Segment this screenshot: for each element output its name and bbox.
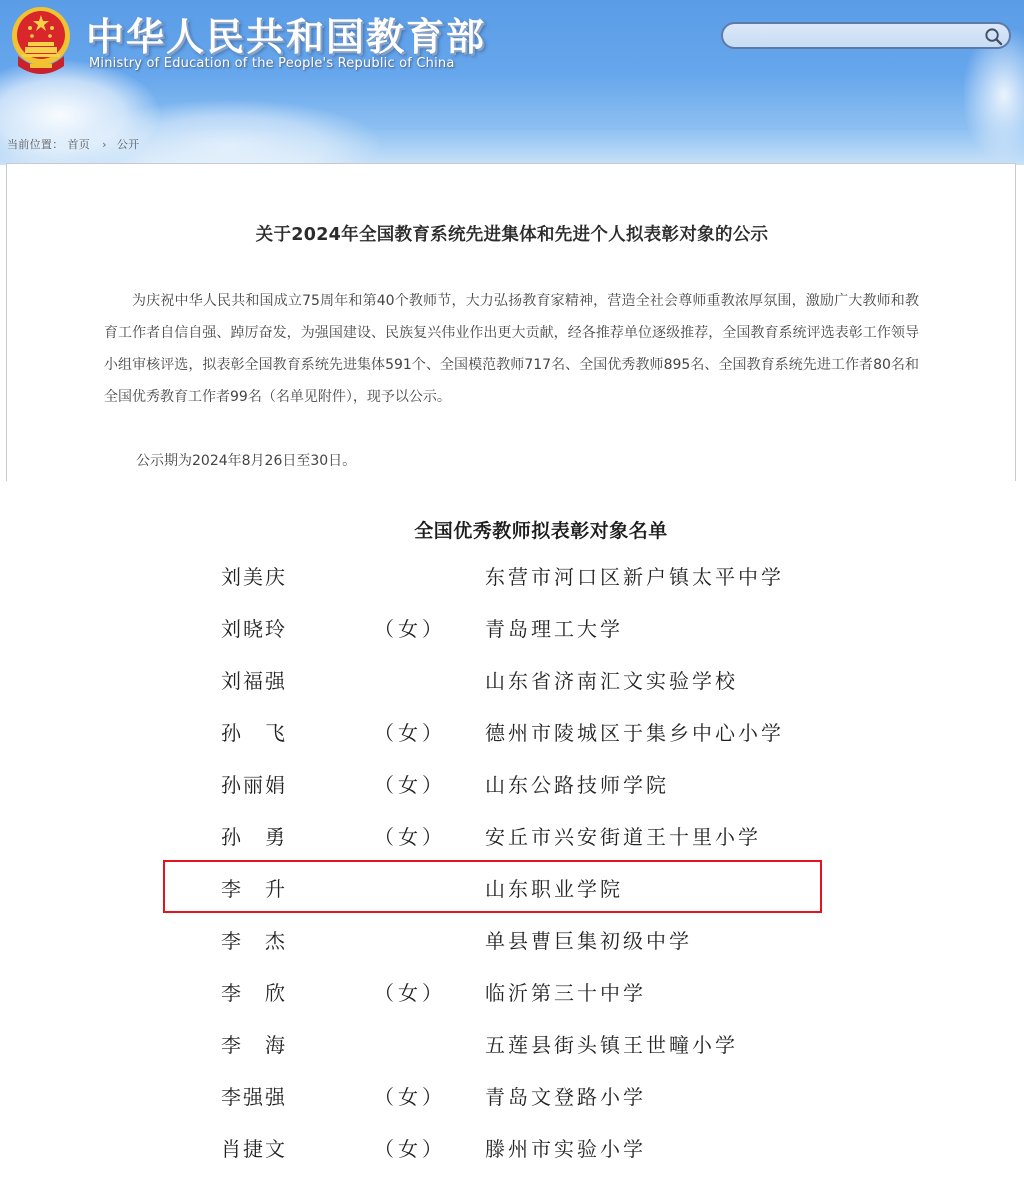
teacher-name: 肖捷文 <box>221 1133 287 1162</box>
teacher-name: 孙丽娟 <box>221 769 287 798</box>
breadcrumb-label: 当前位置： <box>7 138 64 151</box>
list-item: 刘美庆 东营市河口区新户镇太平中学 <box>0 549 1024 601</box>
teacher-school: 五莲县街头镇王世疃小学 <box>485 1029 738 1058</box>
teacher-name: 孙 飞 <box>221 717 287 746</box>
teacher-school: 山东公路技师学院 <box>485 769 669 798</box>
teacher-list: 刘美庆 东营市河口区新户镇太平中学 刘晓玲 （女） 青岛理工大学 刘福强 山东省… <box>0 549 1024 1173</box>
article-title: 关于2024年全国教育系统先进集体和先进个人拟表彰对象的公示 <box>7 221 1017 246</box>
teacher-school: 山东职业学院 <box>485 873 623 902</box>
teacher-school: 安丘市兴安街道王十里小学 <box>485 821 761 850</box>
teacher-gender: （女） <box>374 613 446 642</box>
list-item: 李强强 （女） 青岛文登路小学 <box>0 1069 1024 1121</box>
teacher-name: 李 升 <box>221 873 287 902</box>
search-icon[interactable] <box>984 27 1003 46</box>
breadcrumb: 当前位置：首页›公开 <box>7 136 143 152</box>
teacher-name: 李 欣 <box>221 977 287 1006</box>
list-item: 孙 勇 （女） 安丘市兴安街道王十里小学 <box>0 809 1024 861</box>
list-item-highlighted: 李 升 山东职业学院 <box>0 861 1024 913</box>
teacher-school: 德州市陵城区于集乡中心小学 <box>485 717 784 746</box>
header-frost-decoration <box>964 30 1024 160</box>
breadcrumb-separator-icon: › <box>102 138 107 151</box>
site-subtitle: Ministry of Education of the People's Re… <box>89 56 455 71</box>
teacher-name: 李强强 <box>221 1081 287 1110</box>
national-emblem-icon[interactable] <box>8 6 74 78</box>
list-item: 李 杰 单县曹巨集初级中学 <box>0 913 1024 965</box>
publicity-period: 公示期为2024年8月26日至30日。 <box>136 450 356 470</box>
search-box <box>721 22 1011 49</box>
search-input[interactable] <box>733 26 982 47</box>
list-item: 孙 飞 （女） 德州市陵城区于集乡中心小学 <box>0 705 1024 757</box>
teacher-gender: （女） <box>374 769 446 798</box>
teacher-school: 青岛文登路小学 <box>485 1081 646 1110</box>
teacher-gender: （女） <box>374 977 446 1006</box>
teacher-gender: （女） <box>374 1133 446 1162</box>
teacher-name: 刘美庆 <box>221 561 287 590</box>
site-title[interactable]: 中华人民共和国教育部 <box>86 6 486 61</box>
article-panel: 关于2024年全国教育系统先进集体和先进个人拟表彰对象的公示 为庆祝中华人民共和… <box>6 163 1016 481</box>
teacher-name: 刘福强 <box>221 665 287 694</box>
teacher-school: 青岛理工大学 <box>485 613 623 642</box>
teacher-school: 滕州市实验小学 <box>485 1133 646 1162</box>
breadcrumb-home-link[interactable]: 首页 <box>68 138 91 151</box>
list-item: 李 欣 （女） 临沂第三十中学 <box>0 965 1024 1017</box>
list-item: 孙丽娟 （女） 山东公路技师学院 <box>0 757 1024 809</box>
list-title: 全国优秀教师拟表彰对象名单 <box>0 516 1024 543</box>
list-item: 肖捷文 （女） 滕州市实验小学 <box>0 1121 1024 1173</box>
list-item: 刘晓玲 （女） 青岛理工大学 <box>0 601 1024 653</box>
teacher-gender: （女） <box>374 717 446 746</box>
teacher-name: 李 杰 <box>221 925 287 954</box>
teacher-gender: （女） <box>374 1081 446 1110</box>
teacher-name: 李 海 <box>221 1029 287 1058</box>
teacher-school: 东营市河口区新户镇太平中学 <box>485 561 784 590</box>
teacher-school: 单县曹巨集初级中学 <box>485 925 692 954</box>
list-item: 李 海 五莲县街头镇王世疃小学 <box>0 1017 1024 1069</box>
breadcrumb-current[interactable]: 公开 <box>117 138 140 151</box>
teacher-school: 山东省济南汇文实验学校 <box>485 665 738 694</box>
article-body: 为庆祝中华人民共和国成立75周年和第40个教师节，大力弘扬教育家精神，营造全社会… <box>104 285 919 413</box>
list-item: 刘福强 山东省济南汇文实验学校 <box>0 653 1024 705</box>
teacher-name: 刘晓玲 <box>221 613 287 642</box>
teacher-school: 临沂第三十中学 <box>485 977 646 1006</box>
teacher-gender: （女） <box>374 821 446 850</box>
teacher-name: 孙 勇 <box>221 821 287 850</box>
site-header: 中华人民共和国教育部 Ministry of Education of the … <box>0 0 1024 165</box>
